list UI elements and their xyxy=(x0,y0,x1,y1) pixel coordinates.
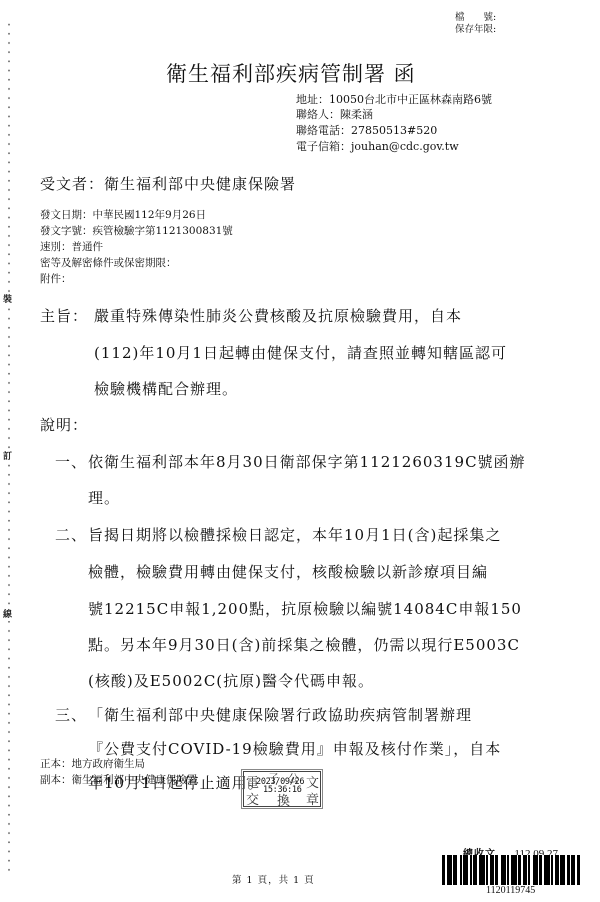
item-line: 『公費支付COVID-19檢驗費用』申報及核付作業」，自本 xyxy=(88,738,501,759)
barcode-number: 1120119745 xyxy=(486,885,535,896)
explanation-label: 說明： xyxy=(40,414,88,435)
retention-period-label: 保存年限: xyxy=(455,24,496,36)
subject-line: (112)年10月1日起轉由健保支付，請查照並轉知轄區認可 xyxy=(94,342,507,363)
contact-phone: 聯絡電話：27850513#520 xyxy=(296,123,437,139)
priority: 速別：普通件 xyxy=(40,239,103,255)
item-line: 依衛生福利部本年8月30日衛部保字第1121260319C號函辦 xyxy=(88,451,526,472)
file-number-label: 檔 號: xyxy=(455,12,496,24)
item-number: 一、 xyxy=(55,451,87,472)
stamp-time: 15:36:16 xyxy=(263,785,302,795)
binding-dotted-line xyxy=(7,20,11,875)
contact-person: 聯絡人：陳柔涵 xyxy=(296,107,373,123)
document-number: 發文字號：疾管檢驗字第1121300831號 xyxy=(40,223,233,239)
copy-recipient: 副本：衛生福利部中央健康保險署 xyxy=(40,773,198,788)
confidentiality: 密等及解密條件或保密期限： xyxy=(40,255,177,271)
electronic-exchange-stamp: 電 子 公 文 交 換 章 2023/09/26 15:36:16 xyxy=(243,771,321,807)
issue-date: 發文日期：中華民國112年9月26日 xyxy=(40,207,206,223)
contact-email: 電子信箱：jouhan@cdc.gov.tw xyxy=(296,139,459,155)
item-line: 點。另本年9月30日(含)前採集之檢體，仍需以現行E5003C xyxy=(88,634,520,655)
stamp-char: 章 xyxy=(306,789,319,808)
document-title: 衛生福利部疾病管制署 函 xyxy=(166,58,416,88)
stamp-char: 交 xyxy=(246,789,259,808)
attachment: 附件： xyxy=(40,271,72,287)
address: 地址：10050台北市中正區林森南路6號 xyxy=(296,92,492,108)
item-line: 「衛生福利部中央健康保險署行政協助疾病管制署辦理 xyxy=(88,704,472,725)
item-line: 旨揭日期將以檢體採檢日認定，本年10月1日(含)起採集之 xyxy=(88,524,501,545)
binding-mark-zhuang: 裝 xyxy=(3,295,12,306)
item-line: 號12215C申報1,200點，抗原檢驗以編號14084C申報150 xyxy=(88,598,522,619)
item-line: 檢體，檢驗費用轉由健保支付，核酸檢驗以新診療項目編 xyxy=(88,561,488,582)
binding-mark-xian: 線 xyxy=(3,610,12,621)
item-line: (核酸)及E5002C(抗原)醫令代碼申報。 xyxy=(88,670,374,691)
subject-label: 主旨： xyxy=(40,305,88,326)
subject-line: 檢驗機構配合辦理。 xyxy=(94,378,238,399)
item-number: 三、 xyxy=(55,704,87,725)
subject-line: 嚴重特殊傳染性肺炎公費核酸及抗原檢驗費用，自本 xyxy=(94,305,462,326)
recipient: 受文者：衛生福利部中央健康保險署 xyxy=(40,173,296,194)
item-line: 理。 xyxy=(88,487,120,508)
barcode xyxy=(442,855,592,885)
page-number: 第 1 頁，共 1 頁 xyxy=(232,872,315,886)
item-number: 二、 xyxy=(55,524,87,545)
binding-mark-ding: 訂 xyxy=(3,452,12,463)
original-recipient: 正本：地方政府衛生局 xyxy=(40,757,145,772)
